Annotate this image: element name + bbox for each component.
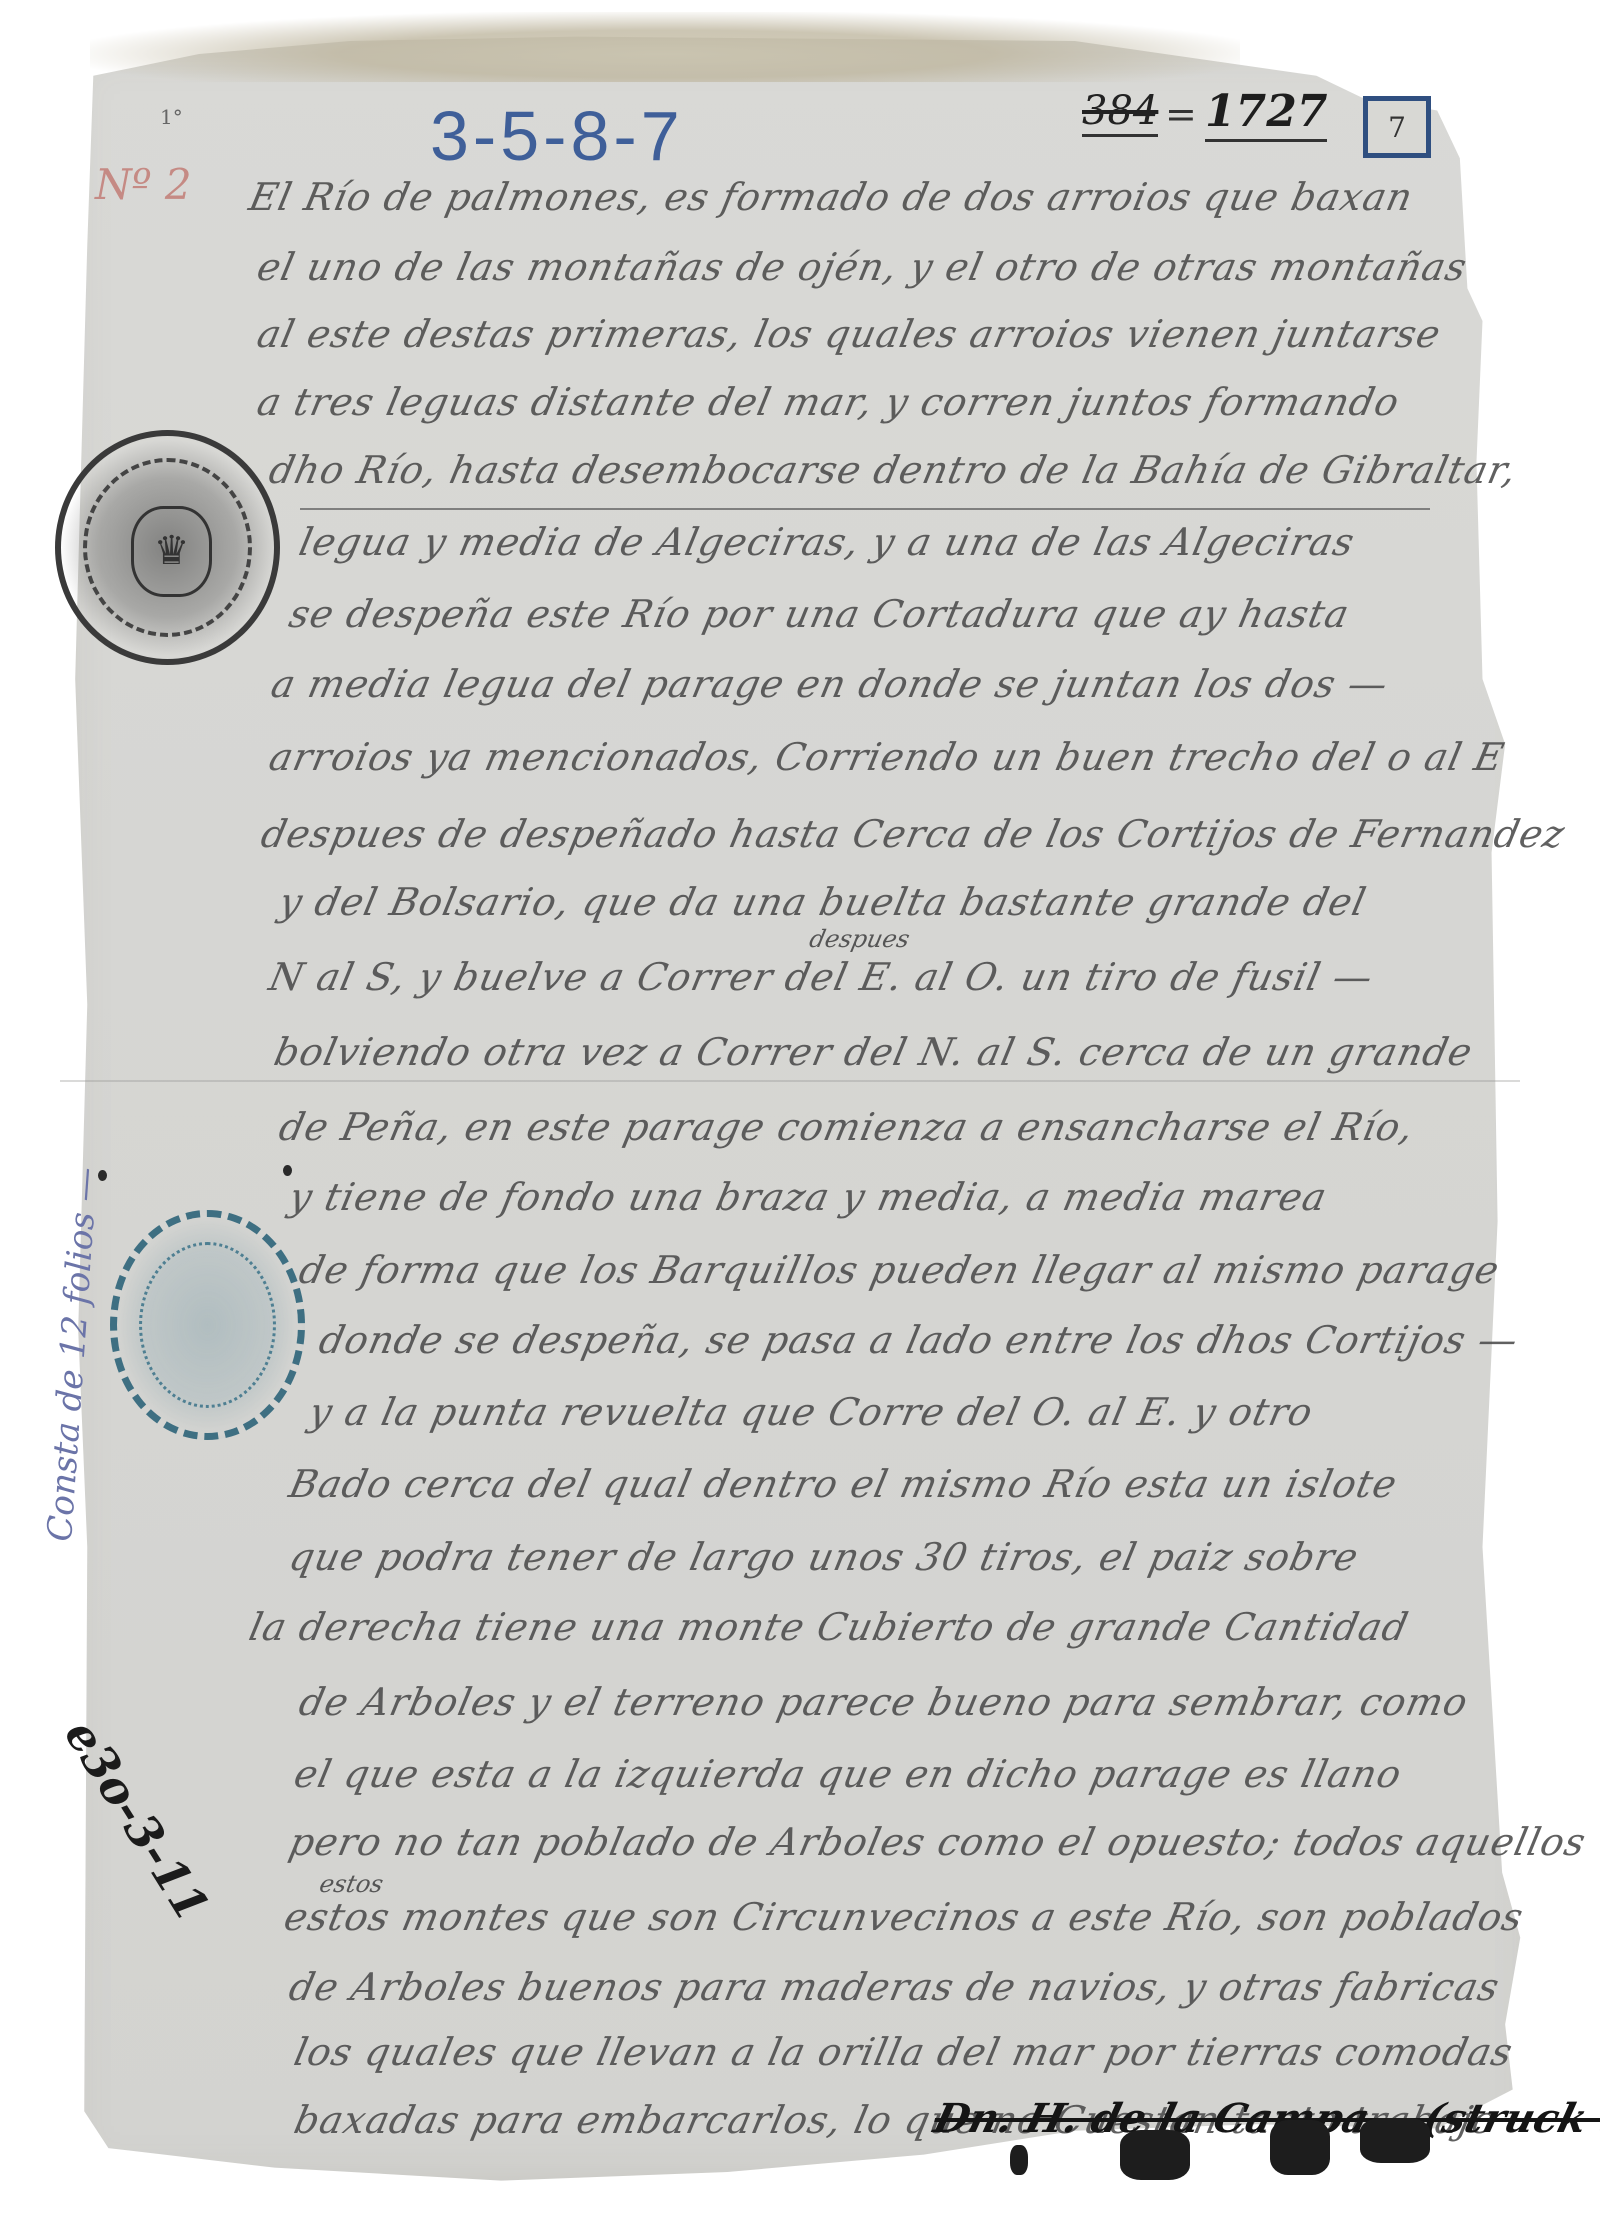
- text-line-5: dho Río, hasta desembocarse dentro de la…: [265, 448, 1521, 492]
- torn-top-edge: [90, 12, 1240, 82]
- text-line-9: arroios ya mencionados, Corriendo un bue…: [265, 735, 1508, 779]
- text-line-12: N al S, y buelve a Correr del E. al O. u…: [265, 955, 1377, 999]
- text-line-4: a tres leguas distante del mar, y corren…: [253, 380, 1403, 424]
- seal-crest-icon: ♛: [131, 506, 212, 597]
- text-line-1: El Río de palmones, es formado de dos ar…: [245, 175, 1417, 219]
- text-line-13: bolviendo otra vez a Correr del N. al S.…: [270, 1030, 1476, 1074]
- underline-rule: [300, 508, 1430, 510]
- text-line-19: Bado cerca del qual dentro el mismo Río …: [285, 1462, 1401, 1506]
- text-line-7: se despeña este Río por una Cortadura qu…: [285, 592, 1353, 636]
- archive-reference-number: 3-5-8-7: [430, 96, 684, 176]
- ink-dot: [98, 1170, 107, 1181]
- ink-blot: [1010, 2145, 1028, 2175]
- text-line-2: el uno de las montañas de ojén, y el otr…: [253, 245, 1471, 289]
- text-line-25: estos montes que son Circunvecinos a est…: [280, 1895, 1527, 1939]
- text-line-24: pero no tan poblado de Arboles como el o…: [285, 1820, 1590, 1864]
- folio-number: 7: [1388, 111, 1406, 144]
- red-margin-mark: Nº 2: [95, 160, 192, 209]
- corner-mark: 1°: [160, 105, 183, 129]
- interlinear-insertion: estos: [317, 1870, 386, 1898]
- paper-fold-crease: [60, 1080, 1520, 1082]
- text-line-16: de forma que los Barquillos pueden llega…: [295, 1248, 1503, 1292]
- text-line-14: de Peña, en este parage comienza a ensan…: [275, 1105, 1418, 1149]
- number-separator: =: [1165, 92, 1197, 136]
- ink-blot: [1120, 2130, 1190, 2180]
- text-line-15: y tiene de fondo una braza y media, a me…: [285, 1175, 1331, 1219]
- text-line-18: y a la punta revuelta que Corre del O. a…: [305, 1390, 1317, 1434]
- text-line-3: al este destas primeras, los quales arro…: [253, 312, 1445, 356]
- blue-seal-stamp-icon: [110, 1210, 305, 1440]
- ink-blot: [1360, 2118, 1430, 2163]
- folio-number-box: 7: [1363, 96, 1431, 158]
- text-line-22: de Arboles y el terreno parece bueno par…: [295, 1680, 1472, 1724]
- text-line-6: legua y media de Algeciras, y a una de l…: [295, 520, 1358, 564]
- black-seal-stamp-icon: ♛: [55, 430, 280, 665]
- text-line-11: y del Bolsario, que da una buelta bastan…: [275, 880, 1370, 924]
- text-line-26: de Arboles buenos para maderas de navios…: [285, 1965, 1503, 2009]
- text-line-27: los quales que llevan a la orilla del ma…: [290, 2030, 1517, 2074]
- ink-blot: [1270, 2120, 1330, 2175]
- struck-signature: Dn. H. de la Campa... (struck through): [929, 2095, 1600, 2142]
- struck-old-number: 384: [1082, 88, 1158, 137]
- text-line-17: donde se despeña, se pasa a lado entre l…: [315, 1318, 1522, 1362]
- interlinear-insertion: despues: [807, 925, 912, 953]
- ink-dot: [283, 1165, 292, 1176]
- text-line-10: despues de despeñado hasta Cerca de los …: [257, 812, 1569, 856]
- document-year: 1727: [1205, 86, 1327, 142]
- text-line-23: el que esta a la izquierda que en dicho …: [290, 1752, 1406, 1796]
- text-line-20: que podra tener de largo unos 30 tiros, …: [285, 1535, 1363, 1579]
- text-line-8: a media legua del parage en donde se jun…: [267, 662, 1392, 706]
- text-line-21: la derecha tiene una monte Cubierto de g…: [245, 1605, 1412, 1649]
